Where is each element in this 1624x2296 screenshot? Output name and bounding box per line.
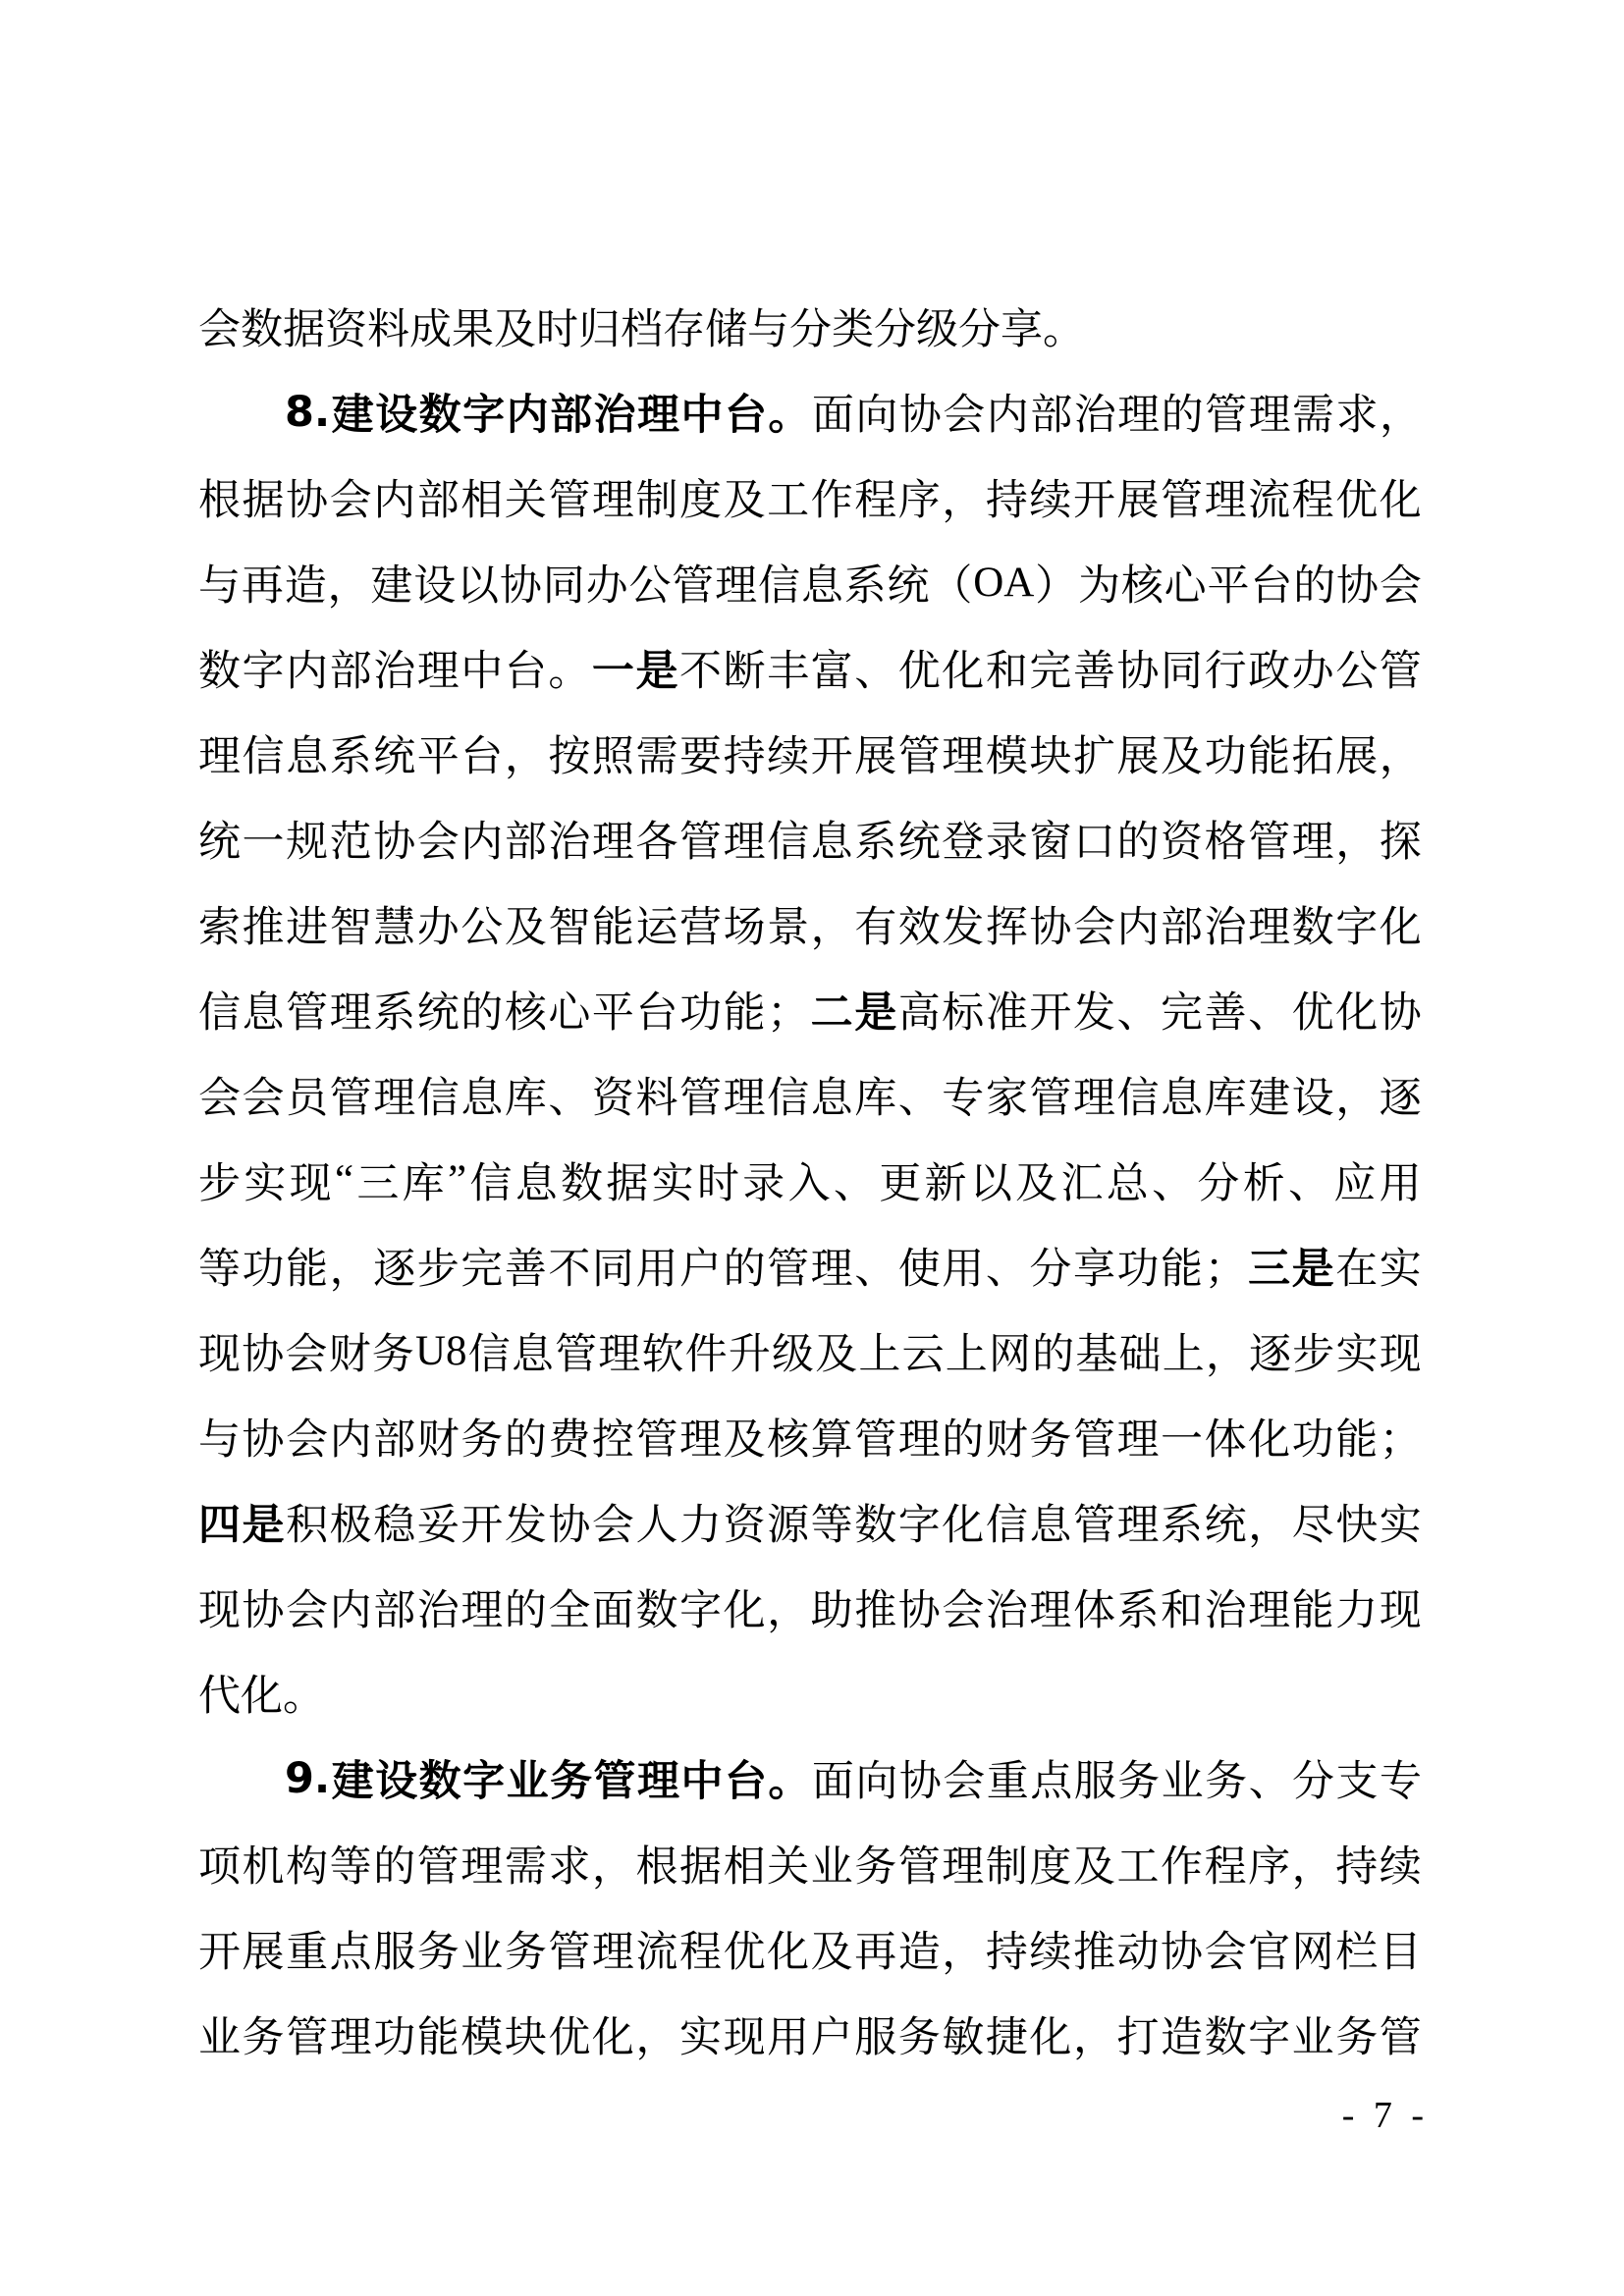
text-fragment: 库 bbox=[403, 1150, 445, 1210]
text-fragment: 有 bbox=[854, 894, 896, 954]
text-fragment: 会 bbox=[285, 1321, 327, 1381]
text-fragment: 不 bbox=[548, 1236, 590, 1296]
bold-text-fragment: 部 bbox=[550, 382, 592, 442]
text-fragment: 断 bbox=[724, 638, 766, 698]
text-fragment: 务 bbox=[505, 1919, 547, 1979]
text-fragment: 汇 bbox=[1060, 1150, 1103, 1210]
text-fragment: 理 bbox=[417, 638, 460, 698]
text-fragment: 官 bbox=[1248, 1919, 1290, 1979]
text-fragment: 录 bbox=[742, 1150, 785, 1210]
text-fragment: 理 bbox=[724, 809, 766, 869]
text-fragment: 面 bbox=[812, 382, 854, 442]
text-fragment: 资 bbox=[592, 1065, 634, 1125]
text-fragment: 息 bbox=[811, 1065, 853, 1125]
text-fragment: 能 bbox=[417, 2004, 460, 2064]
text-fragment: 理 bbox=[1117, 382, 1160, 442]
text-fragment: 能 bbox=[1248, 723, 1290, 783]
text-fragment: 需 bbox=[505, 1834, 547, 1894]
bold-text-fragment: 是 bbox=[1292, 1236, 1334, 1296]
text-fragment: 相 bbox=[460, 467, 503, 527]
text-fragment: 据 bbox=[679, 1834, 722, 1894]
text-fragment: 公 bbox=[460, 894, 503, 954]
text-fragment: 及 bbox=[724, 467, 766, 527]
text-fragment: ” bbox=[448, 1156, 466, 1204]
text-fragment: 及 bbox=[811, 1919, 853, 1979]
text-fragment: 协 bbox=[1029, 894, 1071, 954]
text-fragment: 务 bbox=[1117, 1748, 1160, 1808]
text-fragment: 源 bbox=[767, 1492, 809, 1552]
bold-text-fragment: 务 bbox=[550, 1748, 592, 1808]
text-fragment: 持 bbox=[986, 467, 1028, 527]
text-fragment: 的 bbox=[505, 1577, 547, 1637]
text-fragment: 和 bbox=[1161, 1577, 1203, 1637]
text-fragment: 础 bbox=[1119, 1321, 1162, 1381]
bold-text-fragment: 。 bbox=[768, 1748, 810, 1808]
text-fragment: 理 bbox=[1205, 467, 1247, 527]
text-fragment: 关 bbox=[767, 1834, 809, 1894]
text-fragment: 及 bbox=[815, 1321, 857, 1381]
text-fragment: 理 bbox=[1249, 382, 1291, 442]
document-body: 会数据资料成果及时归档存储与分类分级分享。8.建设数字内部治理中台。面向协会内部… bbox=[198, 284, 1422, 2077]
text-fragment: 造 bbox=[1161, 2004, 1203, 2064]
text-fragment: 探 bbox=[1380, 809, 1422, 869]
text-fragment: 理 bbox=[1073, 1065, 1115, 1125]
text-fragment: 、 bbox=[1248, 980, 1290, 1040]
text-fragment: 逐 bbox=[373, 1236, 415, 1296]
text-fragment: 需 bbox=[635, 723, 677, 783]
text-fragment: 制 bbox=[635, 467, 677, 527]
text-fragment: 统 bbox=[417, 980, 460, 1040]
text-fragment: 能 bbox=[592, 894, 634, 954]
text-fragment: 公 bbox=[1335, 638, 1378, 698]
text-fragment: 台 bbox=[1250, 553, 1292, 613]
text-fragment: 分 bbox=[789, 296, 832, 356]
text-fragment: 实 bbox=[1380, 1236, 1422, 1296]
text-fragment: 重 bbox=[987, 1748, 1029, 1808]
text-fragment: 求 bbox=[548, 1834, 590, 1894]
text-fragment: 的 bbox=[1162, 382, 1204, 442]
text-fragment: 能 bbox=[1161, 1236, 1203, 1296]
text-fragment: 的 bbox=[460, 980, 503, 1040]
text-fragment: 心 bbox=[1164, 553, 1207, 613]
text-fragment: 果 bbox=[452, 296, 494, 356]
text-fragment: 功 bbox=[1116, 1236, 1159, 1296]
text-fragment: 用 bbox=[942, 1236, 984, 1296]
text-fragment: 与 bbox=[198, 1407, 241, 1467]
text-fragment: 理 bbox=[715, 553, 757, 613]
text-fragment: 。 bbox=[1043, 296, 1085, 356]
text-fragment: 流 bbox=[1248, 467, 1290, 527]
text-fragment: 窗 bbox=[1029, 809, 1071, 869]
text-fragment: ， bbox=[505, 723, 547, 783]
text-fragment: 续 bbox=[1029, 467, 1071, 527]
text-fragment: 体 bbox=[1205, 1407, 1247, 1467]
text-fragment: 会 bbox=[943, 382, 985, 442]
text-fragment: 与 bbox=[198, 553, 241, 613]
text-fragment: 化 bbox=[724, 1577, 766, 1637]
text-fragment: 。 bbox=[283, 1663, 325, 1723]
text-fragment: 面 bbox=[812, 1748, 854, 1808]
text-fragment: 极 bbox=[330, 1492, 372, 1552]
text-fragment: 丰 bbox=[767, 638, 809, 698]
text-line: 索推进智慧办公及智能运营场景，有效发挥协会内部治理数字化 bbox=[198, 881, 1422, 967]
text-fragment: 内 bbox=[330, 1577, 372, 1637]
text-fragment: 能 bbox=[1335, 1407, 1378, 1467]
text-fragment: 内 bbox=[286, 638, 328, 698]
text-fragment: 信 bbox=[243, 723, 285, 783]
text-fragment: 扩 bbox=[1073, 723, 1115, 783]
bold-text-fragment: 一 bbox=[592, 638, 634, 698]
text-fragment: 。 bbox=[548, 638, 590, 698]
text-fragment: 档 bbox=[621, 296, 663, 356]
text-fragment: 信 bbox=[468, 1321, 511, 1381]
text-fragment: 拓 bbox=[1292, 723, 1334, 783]
text-fragment: 登 bbox=[942, 809, 984, 869]
text-fragment: 服 bbox=[854, 2004, 896, 2064]
text-fragment: 模 bbox=[986, 723, 1028, 783]
bold-text-fragment: 建 bbox=[332, 382, 374, 442]
text-fragment: 完 bbox=[1029, 638, 1071, 698]
text-fragment: 数 bbox=[1292, 894, 1334, 954]
text-fragment: 及 bbox=[494, 296, 536, 356]
text-fragment: 系 bbox=[1116, 1577, 1159, 1637]
text-fragment: 数 bbox=[198, 638, 241, 698]
text-fragment: 制 bbox=[986, 1834, 1028, 1894]
text-fragment: 享 bbox=[1073, 1236, 1115, 1296]
text-fragment: 发 bbox=[1073, 980, 1115, 1040]
text-fragment: 点 bbox=[330, 1919, 372, 1979]
text-fragment: 系 bbox=[854, 809, 896, 869]
text-fragment: 理 bbox=[592, 1919, 634, 1979]
text-fragment: 设 bbox=[413, 553, 456, 613]
text-line: 与协会内部财务的费控管理及核算管理的财务管理一体化功能； bbox=[198, 1394, 1422, 1479]
text-fragment: 理 bbox=[460, 1834, 503, 1894]
text-fragment: 景 bbox=[767, 894, 809, 954]
text-fragment: 上 bbox=[1163, 1321, 1205, 1381]
text-fragment: 服 bbox=[1074, 1748, 1116, 1808]
text-fragment: 展 bbox=[854, 723, 896, 783]
bold-text-fragment: 四 bbox=[198, 1492, 241, 1552]
text-fragment: 展 bbox=[243, 1919, 285, 1979]
text-fragment: 、 bbox=[1249, 1748, 1291, 1808]
text-fragment: 捷 bbox=[986, 2004, 1028, 2064]
text-line: 业务管理功能模块优化，实现用户服务敏捷化，打造数字业务管 bbox=[198, 1992, 1422, 2077]
text-fragment: 算 bbox=[811, 1407, 853, 1467]
bold-text-fragment: 8. bbox=[285, 388, 330, 437]
text-fragment: 程 bbox=[679, 1919, 722, 1979]
text-fragment: 务 bbox=[417, 1919, 460, 1979]
text-fragment: 务 bbox=[372, 1321, 414, 1381]
text-fragment: 场 bbox=[724, 894, 766, 954]
text-fragment: 程 bbox=[1205, 1834, 1247, 1894]
text-fragment: 会 bbox=[417, 809, 460, 869]
text-fragment: 续 bbox=[767, 723, 809, 783]
bold-text-fragment: 中 bbox=[680, 1748, 723, 1808]
text-line: 理信息系统平台，按照需要持续开展管理模块扩展及功能拓展， bbox=[198, 711, 1422, 796]
text-fragment: 富 bbox=[811, 638, 853, 698]
text-fragment: 统 bbox=[1205, 1492, 1247, 1552]
text-fragment: 内 bbox=[373, 467, 415, 527]
text-fragment: 协 bbox=[1116, 638, 1159, 698]
text-fragment: 分 bbox=[1197, 1150, 1239, 1210]
text-fragment: 能 bbox=[286, 1236, 328, 1296]
text-fragment: 度 bbox=[1029, 1834, 1071, 1894]
text-fragment: 户 bbox=[679, 1236, 722, 1296]
text-fragment: 协 bbox=[242, 1321, 284, 1381]
text-fragment: 数 bbox=[635, 1577, 677, 1637]
text-fragment: 管 bbox=[679, 809, 722, 869]
text-line: 信息管理系统的核心平台功能；二是高标准开发、完善、优化协 bbox=[198, 967, 1422, 1052]
text-fragment: 化 bbox=[942, 1492, 984, 1552]
text-fragment: 平 bbox=[1208, 553, 1250, 613]
bold-text-fragment: 9. bbox=[285, 1754, 330, 1803]
text-fragment: 序 bbox=[898, 467, 941, 527]
text-fragment: 会 bbox=[1205, 1919, 1247, 1979]
text-fragment: 料 bbox=[367, 296, 409, 356]
text-fragment: 务 bbox=[1335, 2004, 1378, 2064]
text-fragment: 营 bbox=[679, 894, 722, 954]
text-fragment: 字 bbox=[243, 638, 285, 698]
text-fragment: 模 bbox=[460, 2004, 503, 2064]
text-fragment: 再 bbox=[854, 1919, 896, 1979]
text-fragment: 开 bbox=[811, 723, 853, 783]
text-fragment: 作 bbox=[1161, 1834, 1203, 1894]
text-fragment: 财 bbox=[329, 1321, 371, 1381]
text-fragment: 专 bbox=[942, 1065, 984, 1125]
text-fragment: ， bbox=[330, 1236, 372, 1296]
text-fragment: 信 bbox=[469, 1150, 512, 1210]
text-fragment: ； bbox=[1380, 1407, 1422, 1467]
text-fragment: 优 bbox=[548, 2004, 590, 2064]
text-fragment: 功 bbox=[679, 980, 722, 1040]
text-fragment: ； bbox=[1205, 1236, 1247, 1296]
text-fragment: 口 bbox=[1073, 809, 1115, 869]
text-fragment: 发 bbox=[942, 894, 984, 954]
text-fragment: 力 bbox=[679, 1492, 722, 1552]
text-fragment: 相 bbox=[724, 1834, 766, 1894]
text-fragment: 统 bbox=[373, 723, 415, 783]
text-fragment: 、 bbox=[854, 638, 896, 698]
text-fragment: 业 bbox=[1162, 1748, 1204, 1808]
document-page: 会数据资料成果及时归档存储与分类分级分享。8.建设数字内部治理中台。面向协会内部… bbox=[0, 0, 1624, 2296]
text-fragment: 理 bbox=[592, 809, 634, 869]
text-fragment: 息 bbox=[243, 980, 285, 1040]
text-fragment: 级 bbox=[916, 296, 958, 356]
text-line: 会会员管理信息库、资料管理信息库、专家管理信息库建设，逐 bbox=[198, 1052, 1422, 1138]
text-fragment: 现 bbox=[724, 2004, 766, 2064]
text-fragment: 打 bbox=[1116, 2004, 1159, 2064]
text-fragment: 据 bbox=[606, 1150, 648, 1210]
text-fragment: 信 bbox=[767, 1065, 809, 1125]
text-fragment: 求 bbox=[1336, 382, 1379, 442]
text-fragment: 格 bbox=[1205, 809, 1247, 869]
text-fragment: 字 bbox=[898, 1492, 941, 1552]
text-fragment: 务 bbox=[854, 1834, 896, 1894]
text-fragment: 使 bbox=[898, 1236, 941, 1296]
text-fragment: 效 bbox=[898, 894, 941, 954]
text-fragment: 构 bbox=[286, 1834, 328, 1894]
text-fragment: 工 bbox=[767, 467, 809, 527]
text-fragment: 建 bbox=[1248, 1065, 1290, 1125]
text-fragment: 同 bbox=[543, 553, 585, 613]
text-fragment: 件 bbox=[685, 1321, 728, 1381]
text-line: 统一规范协会内部治理各管理信息系统登录窗口的资格管理，探 bbox=[198, 796, 1422, 881]
text-fragment: 分 bbox=[874, 296, 916, 356]
text-fragment: 库 bbox=[1205, 1065, 1247, 1125]
text-fragment: 息 bbox=[801, 553, 843, 613]
text-fragment: 财 bbox=[986, 1407, 1028, 1467]
text-fragment: 化 bbox=[1380, 894, 1422, 954]
text-fragment: 协 bbox=[1161, 1919, 1203, 1979]
text-fragment: 栏 bbox=[1335, 1919, 1378, 1979]
text-line: 代化。 bbox=[198, 1650, 1422, 1735]
text-fragment: 敏 bbox=[942, 2004, 984, 2064]
text-fragment: ， bbox=[1248, 1492, 1290, 1552]
text-fragment: 展 bbox=[1116, 467, 1159, 527]
text-fragment: 成 bbox=[409, 296, 452, 356]
text-fragment: 信 bbox=[767, 809, 809, 869]
bold-text-fragment: 治 bbox=[594, 382, 636, 442]
text-fragment: 时 bbox=[536, 296, 578, 356]
text-fragment: 设 bbox=[1292, 1065, 1334, 1125]
text-fragment: 展 bbox=[1335, 723, 1378, 783]
text-fragment: 核 bbox=[767, 1407, 809, 1467]
bold-text-fragment: 台 bbox=[725, 382, 767, 442]
text-fragment: 治 bbox=[1074, 382, 1116, 442]
text-fragment: 统 bbox=[888, 553, 930, 613]
text-fragment: 管 bbox=[672, 553, 714, 613]
text-fragment: 管 bbox=[1380, 638, 1422, 698]
text-fragment: 应 bbox=[1333, 1150, 1376, 1210]
text-fragment: 字 bbox=[1248, 2004, 1290, 2064]
text-fragment: 逐 bbox=[1249, 1321, 1291, 1381]
text-fragment: 工 bbox=[1116, 1834, 1159, 1894]
text-fragment: 软 bbox=[641, 1321, 683, 1381]
text-fragment: 现 bbox=[290, 1150, 332, 1210]
text-fragment: 完 bbox=[460, 1236, 503, 1296]
text-fragment: 治 bbox=[417, 1577, 460, 1637]
text-fragment: 协 bbox=[899, 382, 942, 442]
text-fragment: 费 bbox=[548, 1407, 590, 1467]
text-fragment: 信 bbox=[417, 1065, 460, 1125]
text-fragment: ， bbox=[942, 1919, 984, 1979]
text-fragment: 入 bbox=[788, 1150, 831, 1210]
text-fragment: 目 bbox=[1380, 1919, 1422, 1979]
text-fragment: 协 bbox=[500, 553, 542, 613]
text-fragment: 要 bbox=[679, 723, 722, 783]
text-fragment: 同 bbox=[592, 1236, 634, 1296]
text-fragment: 台 bbox=[460, 723, 503, 783]
text-fragment: 核 bbox=[1121, 553, 1164, 613]
text-fragment: 用 bbox=[635, 1236, 677, 1296]
text-fragment: 部 bbox=[417, 467, 460, 527]
text-line: 与再造，建设以协同办公管理信息系统（OA）为核心平台的协会 bbox=[198, 540, 1422, 625]
text-fragment: 功 bbox=[243, 1236, 285, 1296]
text-fragment: 向 bbox=[855, 382, 897, 442]
text-fragment: 化 bbox=[1335, 980, 1378, 1040]
text-fragment: 以 bbox=[457, 553, 499, 613]
text-fragment: 支 bbox=[1336, 1748, 1379, 1808]
text-fragment: 标 bbox=[942, 980, 984, 1040]
text-fragment: 字 bbox=[679, 1577, 722, 1637]
text-fragment: ， bbox=[635, 2004, 677, 2064]
text-fragment: 力 bbox=[1335, 1577, 1378, 1637]
text-fragment: 管 bbox=[1248, 809, 1290, 869]
text-fragment: 慧 bbox=[373, 894, 415, 954]
text-fragment: 根 bbox=[198, 467, 241, 527]
text-fragment: 块 bbox=[505, 2004, 547, 2064]
text-line: 9.建设数字业务管理中台。面向协会重点服务业务、分支专 bbox=[198, 1735, 1422, 1821]
text-fragment: 理 bbox=[1292, 809, 1334, 869]
text-fragment: 专 bbox=[1380, 1748, 1422, 1808]
text-fragment: 统 bbox=[898, 809, 941, 869]
text-fragment: 户 bbox=[811, 2004, 853, 2064]
page-number: - 7 - bbox=[1342, 2094, 1429, 2137]
text-fragment: 云 bbox=[902, 1321, 945, 1381]
text-fragment: 业 bbox=[460, 1919, 503, 1979]
text-line: 现协会财务U8信息管理软件升级及上云上网的基础上，逐步实现 bbox=[198, 1308, 1422, 1394]
text-fragment: 管 bbox=[1205, 382, 1247, 442]
text-fragment: 协 bbox=[1336, 553, 1379, 613]
bold-text-fragment: 中 bbox=[680, 382, 723, 442]
text-fragment: 稳 bbox=[373, 1492, 415, 1552]
text-fragment: 管 bbox=[286, 980, 328, 1040]
text-fragment: 类 bbox=[832, 296, 874, 356]
text-fragment: 善 bbox=[505, 1236, 547, 1296]
text-fragment: 体 bbox=[1073, 1577, 1115, 1637]
bold-text-fragment: 设 bbox=[375, 1748, 417, 1808]
text-fragment: 序 bbox=[1248, 1834, 1290, 1894]
text-fragment: 中 bbox=[460, 638, 503, 698]
text-fragment: 系 bbox=[373, 980, 415, 1040]
text-fragment: 续 bbox=[1029, 1919, 1071, 1979]
text-fragment: 步 bbox=[417, 1236, 460, 1296]
text-fragment: 协 bbox=[243, 1407, 285, 1467]
text-fragment: 优 bbox=[1292, 980, 1334, 1040]
text-fragment: 向 bbox=[855, 1748, 897, 1808]
text-fragment: 务 bbox=[460, 1407, 503, 1467]
text-fragment: 部 bbox=[373, 1577, 415, 1637]
text-fragment: 内 bbox=[987, 382, 1029, 442]
text-fragment: 数 bbox=[854, 1492, 896, 1552]
text-fragment: 代 bbox=[198, 1663, 241, 1723]
text-fragment: 持 bbox=[724, 723, 766, 783]
text-fragment: 心 bbox=[548, 980, 590, 1040]
text-line: 步实现“三库”信息数据实时录入、更新以及汇总、分析、应用 bbox=[198, 1138, 1422, 1223]
bold-text-fragment: 数 bbox=[419, 382, 461, 442]
text-fragment: 协 bbox=[1380, 980, 1422, 1040]
text-fragment: 理 bbox=[330, 2004, 372, 2064]
text-fragment: 一 bbox=[1161, 1407, 1203, 1467]
text-fragment: 管 bbox=[679, 1065, 722, 1125]
text-fragment: 治 bbox=[1205, 894, 1247, 954]
text-fragment: 三 bbox=[356, 1150, 399, 1210]
text-fragment: 业 bbox=[198, 2004, 241, 2064]
text-fragment: 积 bbox=[286, 1492, 328, 1552]
text-fragment: 能 bbox=[1292, 1577, 1334, 1637]
text-fragment: 协 bbox=[899, 1748, 942, 1808]
text-fragment: 信 bbox=[198, 980, 241, 1040]
text-fragment: 升 bbox=[729, 1321, 771, 1381]
text-fragment: 理 bbox=[1248, 894, 1290, 954]
text-fragment: ， bbox=[1335, 1065, 1378, 1125]
text-fragment: 会 bbox=[243, 1065, 285, 1125]
text-fragment: 管 bbox=[1073, 1492, 1115, 1552]
text-fragment: 会 bbox=[943, 1748, 985, 1808]
text-fragment: 业 bbox=[1292, 2004, 1334, 2064]
text-fragment: 度 bbox=[679, 467, 722, 527]
bold-text-fragment: 台 bbox=[725, 1748, 767, 1808]
